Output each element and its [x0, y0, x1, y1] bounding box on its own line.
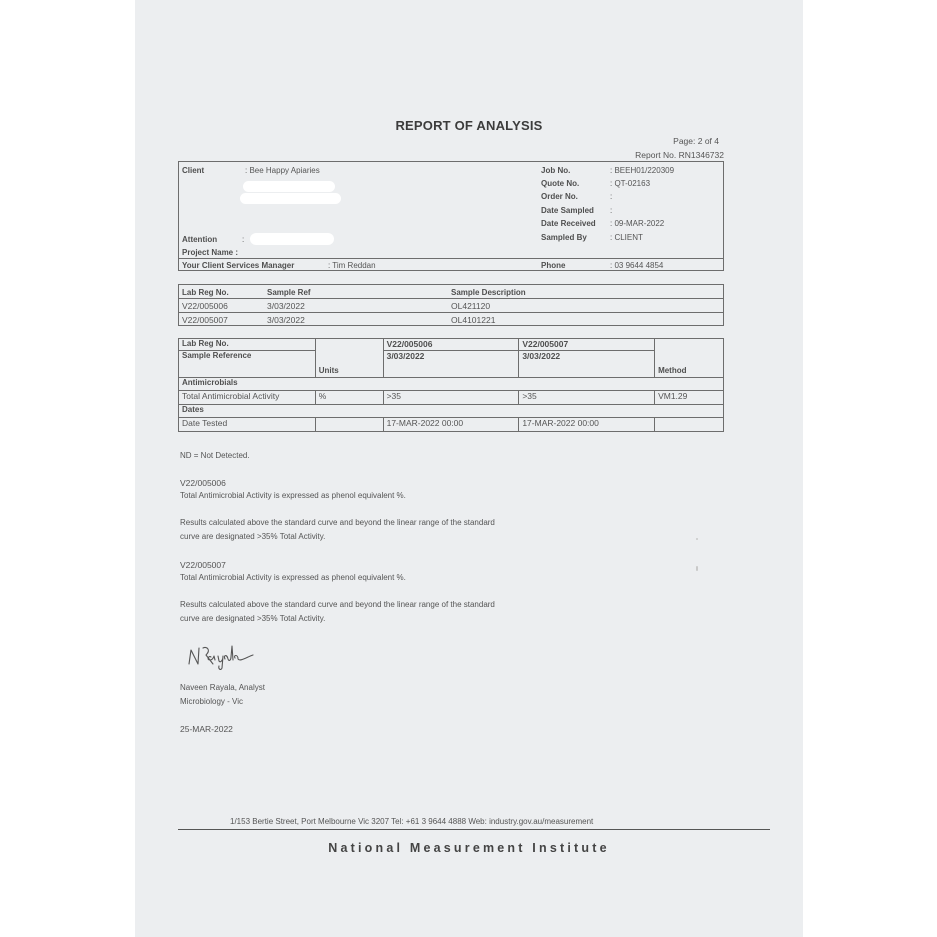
report-page: REPORT OF ANALYSIS Page: 2 of 4 Report N…	[135, 0, 803, 937]
results-table: Lab Reg No. Units V22/005006 V22/005007 …	[178, 338, 724, 432]
section-dates: Dates	[179, 405, 724, 418]
footer-divider	[178, 829, 770, 830]
date-tested-method	[655, 418, 724, 432]
note-1-lab-reg: V22/005006	[180, 478, 226, 488]
note-1-line-1: Total Antimicrobial Activity is expresse…	[180, 491, 406, 500]
client-services-manager-value: : Tim Reddan	[328, 261, 376, 270]
job-field-label: Date Received	[541, 219, 596, 228]
redacted-attention	[250, 233, 334, 245]
note-1-line-2: Results calculated above the standard cu…	[180, 518, 495, 527]
nd-note: ND = Not Detected.	[180, 451, 250, 460]
note-2-lab-reg: V22/005007	[180, 560, 226, 570]
results-header-sample-2-lab-reg: V22/005007	[519, 339, 655, 351]
results-header-units: Units	[315, 339, 383, 378]
job-field-label: Job No.	[541, 166, 570, 175]
results-header-sample-2-ref: 3/03/2022	[519, 351, 655, 378]
samples-header-description: Sample Description	[451, 288, 526, 297]
report-title: REPORT OF ANALYSIS	[135, 118, 803, 133]
attention-separator: :	[242, 235, 244, 244]
job-field-value: : QT-02163	[610, 179, 650, 188]
job-field-value: :	[610, 206, 612, 215]
note-1-line-3: curve are designated >35% Total Activity…	[180, 532, 325, 541]
results-header-sample-1-ref: 3/03/2022	[383, 351, 519, 378]
note-2-line-3: curve are designated >35% Total Activity…	[180, 614, 325, 623]
results-header-method: Method	[655, 339, 724, 378]
job-field-value: : BEEH01/220309	[610, 166, 674, 175]
results-header-lab-reg: Lab Reg No.	[179, 339, 316, 351]
job-field-value: :	[610, 192, 612, 201]
samples-table: Lab Reg No. Sample Ref Sample Descriptio…	[178, 284, 724, 326]
job-field-value: : CLIENT	[610, 233, 643, 242]
footer-address: 1/153 Bertie Street, Port Melbourne Vic …	[230, 817, 593, 826]
signature-date: 25-MAR-2022	[180, 724, 233, 734]
job-field-label: Order No.	[541, 192, 578, 201]
client-services-manager-label: Your Client Services Manager	[182, 261, 294, 270]
analyst-name: Naveen Rayala, Analyst	[180, 683, 265, 692]
samples-header-lab-reg: Lab Reg No.	[182, 288, 229, 297]
sample-row-1-description: OL421120	[451, 301, 490, 311]
note-2-line-2: Results calculated above the standard cu…	[180, 600, 495, 609]
analyst-signature	[185, 642, 265, 677]
samples-header-sample-ref: Sample Ref	[267, 288, 311, 297]
analyst-department: Microbiology - Vic	[180, 697, 243, 706]
activity-label: Total Antimicrobial Activity	[179, 391, 316, 405]
phone-label: Phone	[541, 261, 565, 270]
results-header-sample-1-lab-reg: V22/005006	[383, 339, 519, 351]
section-antimicrobials: Antimicrobials	[179, 378, 724, 391]
activity-units: %	[315, 391, 383, 405]
activity-value-sample-1: >35	[383, 391, 519, 405]
client-label: Client	[182, 166, 204, 175]
sample-row-2-lab-reg: V22/005007	[182, 315, 228, 325]
client-value: : Bee Happy Apiaries	[245, 166, 320, 175]
paper-speck	[696, 538, 698, 540]
redacted-address-line-2	[240, 193, 341, 204]
date-tested-sample-2: 17-MAR-2022 00:00	[519, 418, 655, 432]
sample-row-2-ref: 3/03/2022	[267, 315, 305, 325]
job-field-label: Sampled By	[541, 233, 587, 242]
job-field-label: Quote No.	[541, 179, 579, 188]
job-field-value: : 09-MAR-2022	[610, 219, 664, 228]
date-tested-units	[315, 418, 383, 432]
report-number: Report No. RN1346732	[635, 150, 724, 160]
divider	[179, 312, 723, 313]
note-2-line-1: Total Antimicrobial Activity is expresse…	[180, 573, 406, 582]
results-header-sample-reference: Sample Reference	[179, 351, 316, 378]
phone-value: : 03 9644 4854	[610, 261, 663, 270]
date-tested-sample-1: 17-MAR-2022 00:00	[383, 418, 519, 432]
divider	[179, 258, 723, 259]
client-info-box: Client : Bee Happy Apiaries Attention : …	[178, 161, 724, 271]
institute-name: National Measurement Institute	[135, 841, 803, 855]
project-name-label: Project Name :	[182, 248, 238, 257]
job-field-label: Date Sampled	[541, 206, 594, 215]
sample-row-1-ref: 3/03/2022	[267, 301, 305, 311]
page-number: Page: 2 of 4	[673, 136, 719, 146]
divider	[179, 298, 723, 299]
sample-row-1-lab-reg: V22/005006	[182, 301, 228, 311]
paper-speck	[696, 566, 698, 571]
activity-value-sample-2: >35	[519, 391, 655, 405]
date-tested-label: Date Tested	[179, 418, 316, 432]
activity-method: VM1.29	[655, 391, 724, 405]
attention-label: Attention	[182, 235, 217, 244]
redacted-address-line-1	[243, 181, 335, 192]
sample-row-2-description: OL4101221	[451, 315, 495, 325]
